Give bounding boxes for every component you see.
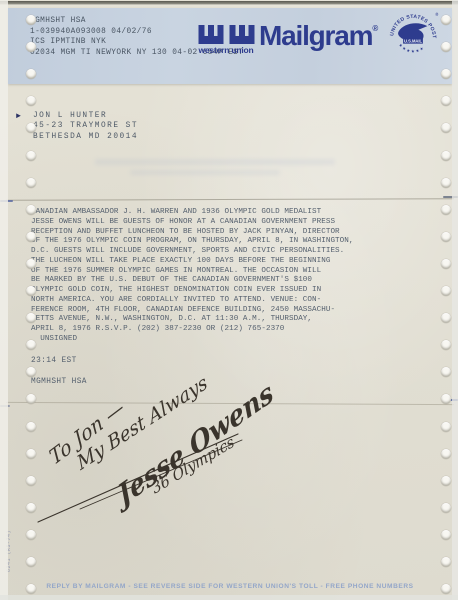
punch-hole [441,530,451,540]
western-union-wu-icon [196,25,256,44]
punch-hole [26,340,36,350]
paper-edge [0,0,8,600]
mailgram-wordmark: Mailgram® [259,20,378,52]
punch-hole [26,205,36,215]
punch-hole [441,476,451,486]
punch-hole [26,15,36,25]
punch-hole [441,449,451,459]
fold-line [6,198,454,201]
recipient-arrow-icon: ► [16,112,21,121]
punch-hole [441,259,451,269]
punch-hole [26,259,36,269]
recipient-address: JON L HUNTER 45-23 TRAYMORE ST BETHESDA … [33,111,138,142]
usps-usmail-text: U.S.MAIL [404,39,423,44]
punch-hole [26,96,36,106]
usps-stars: ★ ★ ★ ★ ★ ★ [398,42,425,53]
punch-hole [26,476,36,486]
punch-hole [441,96,451,106]
punch-hole [441,367,451,377]
scan-edge [0,1,458,5]
punch-hole [26,557,36,567]
mailgram-document: MGMHSHT HSA 1-039940A093008 04/02/76 ICS… [0,0,458,600]
punch-hole [441,422,451,432]
message-body: CANADIAN AMBASSADOR J. H. WARREN AND 193… [31,208,354,345]
punch-hole [441,584,451,594]
punch-hole [441,123,451,133]
svg-text:★ ★ ★ ★ ★ ★: ★ ★ ★ ★ ★ ★ [398,42,425,53]
usps-seal-icon: UNITED STATES POSTAL SERVICE ★ ★ ★ ★ ★ ★… [386,9,440,63]
punch-hole [441,503,451,513]
punch-hole [26,367,36,377]
punch-hole [441,205,451,215]
punch-hole [441,15,451,25]
usps-eagle-icon [398,23,427,38]
wu-glyph-icon [229,25,255,44]
punch-hole [26,232,36,242]
punch-hole [26,178,36,188]
paper-edge [0,595,458,600]
punch-hole [441,340,451,350]
punch-hole [441,178,451,188]
usps-registered-mark: ® [436,11,439,18]
wu-glyph-icon [198,25,224,44]
western-union-logo: western union [196,25,256,55]
showthrough-smudge [95,159,335,165]
punch-hole [441,232,451,242]
punch-hole [441,286,451,296]
message-station-code: MGMHSHT HSA [31,378,87,386]
punch-hole [26,503,36,513]
showthrough-smudge [130,170,280,175]
punch-hole [26,530,36,540]
punch-hole [26,151,36,161]
western-union-wordmark: western union [196,45,256,55]
footer-reply-note: REPLY BY MAILGRAM - SEE REVERSE SIDE FOR… [8,583,452,590]
message-timestamp: 23:14 EST [31,357,77,365]
punch-hole [26,449,36,459]
punch-hole [441,394,451,404]
punch-hole [441,313,451,323]
punch-hole [26,584,36,594]
punch-hole [441,151,451,161]
punch-hole [26,286,36,296]
punch-hole [26,422,36,432]
registered-mark: ® [372,24,378,33]
punch-hole [441,557,451,567]
paper-edge [452,0,458,600]
